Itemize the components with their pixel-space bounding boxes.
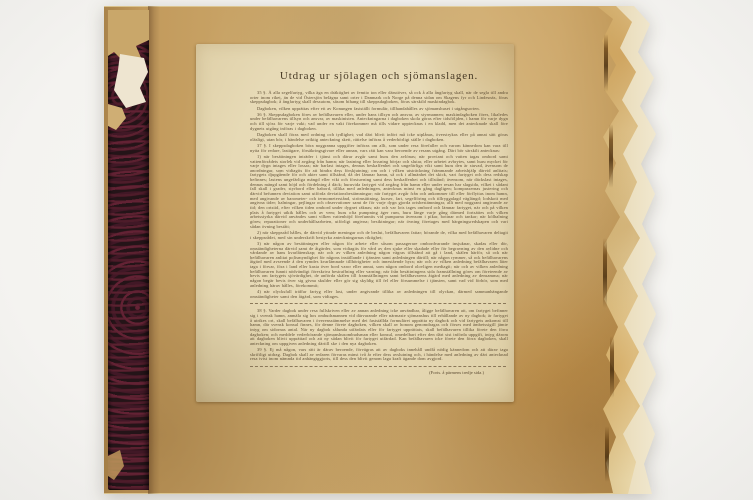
spine-tear-notch xyxy=(108,104,126,130)
item-1: 1) när besättningen inträder i tjänst oc… xyxy=(250,155,508,230)
photo-background: Utdrag ur sjölagen och sjömanslagen. 35 … xyxy=(0,0,753,500)
torn-edge-mark xyxy=(609,124,613,188)
hinge-shadow xyxy=(148,6,160,494)
dashed-separator xyxy=(250,366,506,367)
paragraph-36-cont: Dagboken skall föras med ordning och tyd… xyxy=(250,133,508,142)
paragraph-35: 35 §. Å alla segelfartyg, vilka äga en d… xyxy=(250,91,508,105)
torn-edge-mark xyxy=(605,426,609,482)
torn-edge-mark xyxy=(610,336,614,398)
spine-tear-bottom xyxy=(108,450,124,480)
logbook-inside-cover: Utdrag ur sjölagen och sjömanslagen. 35 … xyxy=(104,6,656,494)
sheet-title: Utdrag ur sjölagen och sjömanslagen. xyxy=(250,70,508,82)
paragraph-37-intro: 37 §. I skeppsdagboken böra noggranna up… xyxy=(250,144,508,153)
spine-tear-tan xyxy=(108,10,149,62)
item-3: 3) när någon av besättningen eller någon… xyxy=(250,242,508,289)
paragraph-35-cont: Dagboken, vilken upprättas efter ett av … xyxy=(250,107,508,112)
torn-edge-mark xyxy=(604,34,608,92)
item-2: 2) när skeppsråd hålles, de därvid yttra… xyxy=(250,231,508,240)
pasted-legal-sheet: Utdrag ur sjölagen och sjömanslagen. 35 … xyxy=(196,44,514,402)
marbled-spine xyxy=(108,10,149,490)
text-column: Utdrag ur sjölagen och sjömanslagen. 35 … xyxy=(250,44,508,402)
continuation-note: (Forts. å pärmens tredje sida.) xyxy=(250,370,508,375)
paragraph-38: 38 §. Varder dagbok under resa fullskriv… xyxy=(250,309,508,346)
paragraph-36: 36 §. Skeppsdagboken föres av befälhavar… xyxy=(250,113,508,132)
spine-tear-white-paper xyxy=(114,54,148,108)
item-4: 4) när olycksfall träffar fartyg eller l… xyxy=(250,290,508,299)
paragraph-39: 39 §. Ej må någon, vars rätt är därav be… xyxy=(250,348,508,362)
torn-edge-mark xyxy=(603,238,607,308)
dashed-separator xyxy=(250,303,506,304)
